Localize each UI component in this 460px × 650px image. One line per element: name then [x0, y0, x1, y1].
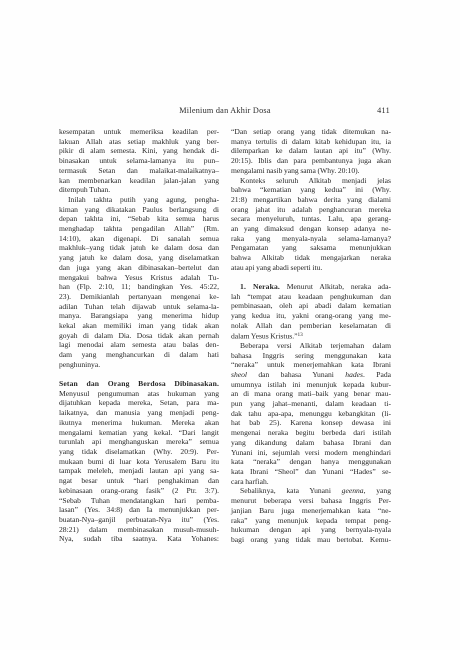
text-line: an di mana orang mati–baik yang benar ma… [231, 389, 391, 399]
paragraph: Inilah takhta putih yang agung, pengha-k… [59, 195, 219, 370]
text-line: secara menyeluruh, tuntas. Lalu, apa ger… [231, 214, 391, 224]
text-line: 21:8) mengartikan bahwa derita yang dial… [231, 195, 391, 205]
text-line: pun yang jahat–menanti, dalam keadaan ti… [231, 399, 391, 409]
text-line: dalam Yesus Kristus.”13 [231, 331, 391, 341]
column-right: “Dan setiap orang yang tidak ditemukan n… [231, 127, 391, 545]
text-line: yang kedua itu, yakni orang-orang yang m… [231, 311, 391, 321]
text-line: mengenai neraka begitu berbeda dari isti… [231, 428, 391, 438]
paragraph: 1. Neraka. Menurut Alkitab, neraka ada-l… [231, 282, 391, 341]
text-line: mengakui bahwa Yesus Kristus adalah Tu- [59, 273, 219, 283]
text-line: han (Flp. 2:10, 11; bandingkan Yes. 45:2… [59, 282, 219, 292]
text-line: nolak Allah dan pemberian keselamatan di [231, 321, 391, 331]
text-line: Setan dan Orang Berdosa Dibinasakan. [59, 379, 219, 389]
text-line: 1. Neraka. Menurut Alkitab, neraka ada- [231, 282, 391, 292]
text-line: goyah di dalam Dia. Dosa tidak akan pern… [59, 331, 219, 341]
text-line: Yunani ini, sejumlah versi modern menghi… [231, 448, 391, 458]
text-line: ngat besar untuk “hari penghakiman dan [59, 476, 219, 486]
text-line: Inilah takhta putih yang agung, pengha- [59, 195, 219, 205]
text-line: 20:15). Iblis dan para pembantunya juga … [231, 156, 391, 166]
text-line: bahwa “kematian yang kedua” ini (Why. [231, 185, 391, 195]
text-line: dijatuhkan kepada mereka, Setan, para ma… [59, 398, 219, 408]
text-line: buatan-Nya–ganjil perbuatan-Nya itu” (Ye… [59, 515, 219, 525]
text-line: “Dan setiap orang yang tidak ditemukan n… [231, 127, 391, 137]
text-line: menghadap takhta pengadilan Allah” (Rm. [59, 224, 219, 234]
text-line: lagi menodai alam semesta atau balas den… [59, 340, 219, 350]
text-line: adilan Tuhan telah dijawab untuk selama-… [59, 302, 219, 312]
text-line: an yang dimaksud dengan konsep adanya ne… [231, 224, 391, 234]
text-line: lah “tempat atau keadaan penghukuman dan [231, 292, 391, 302]
text-line: atau api yang abadi seperti itu. [231, 263, 391, 273]
text-line: laikatnya, dan manusia yang menjadi peng… [59, 408, 219, 418]
text-columns: kesempatan untuk memeriksa keadilan per-… [59, 127, 391, 545]
text-line: raka” yang menunjuk kepada tempat peng- [231, 516, 391, 526]
text-line: kata “neraka” dengan hanya menggunakan [231, 457, 391, 467]
text-line: Sebaliknya, kata Yunani geenna, yang [231, 486, 391, 496]
paragraph: Sebaliknya, kata Yunani geenna, yangmenu… [231, 486, 391, 544]
text-line: pikir di alam semesta. Kini, yang hendak… [59, 146, 219, 156]
text-line: kebinasaan orang-orang fasik” (2 Ptr. 3:… [59, 486, 219, 496]
text-line: lasan” (Yes. 34:8) dan Ia menunjukkan pe… [59, 505, 219, 515]
text-line: dam yang menghancurkan di dalam hati [59, 350, 219, 360]
text-line: mengalami nasib yang sama (Why. 20:10). [231, 166, 391, 176]
text-line: mukaan bumi di luar kota Yerusalem Baru … [59, 457, 219, 467]
text-line: kesempatan untuk memeriksa keadilan per- [59, 127, 219, 137]
text-line: makhluk–yang tidak jatuh ke dalam dosa d… [59, 243, 219, 253]
text-line: turunlah api menghanguskan mereka” semua [59, 437, 219, 447]
paragraph: Setan dan Orang Berdosa Dibinasakan.Meny… [59, 379, 219, 544]
text-line: menurut beberapa versi bahasa Inggris Pe… [231, 496, 391, 506]
paragraph: Konteks seluruh Alkitab menjadi jelasbah… [231, 176, 391, 273]
text-line: yang tidak diselamatkan (Why. 20:9). Per… [59, 447, 219, 457]
text-line: dak tahu apa-apa, menunggu kebangkitan (… [231, 409, 391, 419]
text-line: depan takhta ini, “Sebab kita semua haru… [59, 214, 219, 224]
text-line: Pengamatan yang saksama menunjukkan [231, 243, 391, 253]
text-line: kan membenarkan keadilan jalan-jalan yan… [59, 176, 219, 186]
text-line: manya tertulis di dalam kitab kehidupan … [231, 137, 391, 147]
text-line: Beberapa versi Alkitab terjemahan dalam [231, 341, 391, 351]
text-line: 28:21) dalam membinasakan musuh-musuh- [59, 525, 219, 535]
paragraph: Beberapa versi Alkitab terjemahan dalamb… [231, 341, 391, 487]
column-left: kesempatan untuk memeriksa keadilan per-… [59, 127, 219, 545]
text-line: lakuan Allah atas setiap makhluk yang be… [59, 137, 219, 147]
text-line: tampak meleleh, menjadi lautan api yang … [59, 466, 219, 476]
text-line: hukuman dengan api yang bernyala-nyala [231, 525, 391, 535]
text-line: dan juga yang akan dibinasakan–bertelut … [59, 263, 219, 273]
text-line: 14:10), akan digenapi. Di sanalah semua [59, 234, 219, 244]
text-line: termasuk Setan dan malaikat-malaikatnya– [59, 166, 219, 176]
text-line: sheol dan bahasa Yunani hades. Pada [231, 370, 391, 380]
text-line: “neraka” untuk menerjemahkan kata Ibrani [231, 360, 391, 370]
text-line: bagi orang yang tidak mau bertobat. Kemu… [231, 535, 391, 545]
text-line: 23). Demikianlah pertanyaan mengenai ke- [59, 292, 219, 302]
page-number: 411 [377, 106, 390, 115]
text-line: Nya, sudah tiba saatnya. Kata Yohanes: [59, 534, 219, 544]
text-line: Konteks seluruh Alkitab menjadi jelas [231, 176, 391, 186]
text-line: raka yang menyala-nyala selama-lamanya? [231, 234, 391, 244]
text-line: kata Ibrani “Sheol” dan Yunani “Hades” s… [231, 467, 391, 477]
text-line: yang jatuh ke dalam dosa, yang diselamat… [59, 253, 219, 263]
text-line: Menyusul pengumuman atas hukuman yang [59, 389, 219, 399]
text-line: dilemparkan ke dalam lautan api itu” (Wh… [231, 146, 391, 156]
paragraph: “Dan setiap orang yang tidak ditemukan n… [231, 127, 391, 176]
book-page: { "header": { "title": "Milenium dan Akh… [0, 0, 460, 650]
text-line: cara harfiah. [231, 477, 391, 487]
text-line: mengalami kematian yang kekal. “Dari lan… [59, 428, 219, 438]
text-line: bahasa Inggris sering menggunakan kata [231, 351, 391, 361]
text-line: penghuninya. [59, 360, 219, 370]
running-header: Milenium dan Akhir Dosa 411 [59, 106, 391, 118]
text-line: “Sebab Tuhan mendatangkan hari pemba- [59, 496, 219, 506]
text-line: bahwa Alkitab tidak mengajarkan neraka [231, 253, 391, 263]
text-line: ditempuh Tuhan. [59, 185, 219, 195]
text-line: umumnya istilah ini menunjuk kepada kubu… [231, 380, 391, 390]
text-line: kiman yang dikatakan Paulus berlangsung … [59, 205, 219, 215]
text-line: janjian Baru juga menerjemahkan kata “ne… [231, 506, 391, 516]
text-line: binasakan untuk selama-lamanya itu pun– [59, 156, 219, 166]
text-line: manya. Barangsiapa yang menerima hidup [59, 311, 219, 321]
text-line: yang dikandung dalam bahasa Ibrani dan [231, 438, 391, 448]
paragraph: kesempatan untuk memeriksa keadilan per-… [59, 127, 219, 195]
text-line: orang jahat itu adalah penghancuran mere… [231, 205, 391, 215]
chapter-title: Milenium dan Akhir Dosa [59, 106, 391, 115]
text-line: hat bab 25). Karena konsep dewasa ini [231, 418, 391, 428]
text-line: kekal akan memiliki iman yang tidak akan [59, 321, 219, 331]
text-line: ikutnya menerima hukuman. Mereka akan [59, 418, 219, 428]
text-line: pembinasaan, oleh api abadi dalam kemati… [231, 301, 391, 311]
